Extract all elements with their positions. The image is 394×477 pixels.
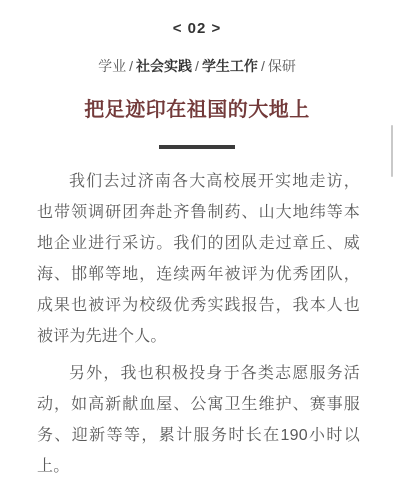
article-title: 把足迹印在祖国的大地上 [0, 96, 394, 124]
category-breadcrumb: 学业/社会实践/学生工作/保研 [0, 58, 394, 74]
category-separator: / [129, 58, 133, 74]
category-item-baoyan: 保研 [268, 58, 296, 74]
body-paragraph: 另外，我也积极投身于各类志愿服务活动，如高新献血屋、公寓卫生维护、赛事服务、迎新… [37, 358, 360, 477]
category-item-xueye: 学业 [98, 58, 126, 74]
article-body: 我们去过济南各大高校展开实地走访，也带领调研团奔赴齐鲁制药、山大地纬等本地企业进… [0, 149, 394, 477]
section-number: < 02 > [0, 20, 394, 37]
category-separator: / [261, 58, 265, 74]
scrollbar-thumb[interactable] [391, 125, 393, 177]
body-paragraph: 我们去过济南各大高校展开实地走访，也带领调研团奔赴齐鲁制药、山大地纬等本地企业进… [37, 166, 360, 352]
category-item-xueshenggongzuo: 学生工作 [202, 58, 258, 74]
category-item-shehuishijian: 社会实践 [136, 58, 192, 74]
article-page: < 02 > 学业/社会实践/学生工作/保研 把足迹印在祖国的大地上 我们去过济… [0, 0, 394, 477]
category-separator: / [195, 58, 199, 74]
